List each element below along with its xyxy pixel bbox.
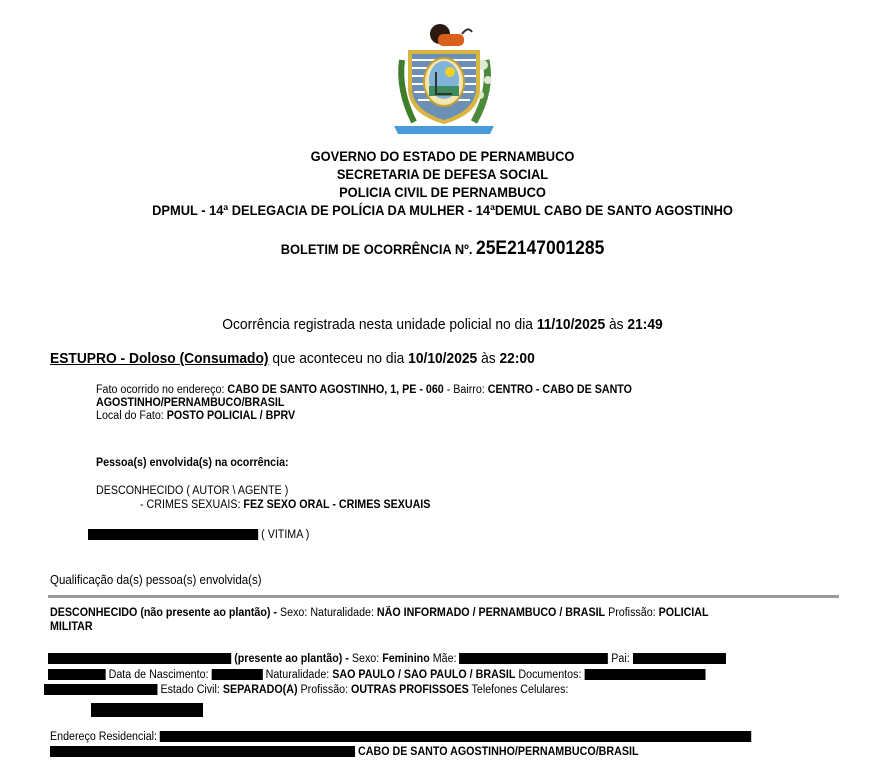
redacted-mother xyxy=(459,653,608,664)
fato-bairro: CENTRO xyxy=(488,384,533,396)
qual-vitima-endereco-line2: CABO DE SANTO AGOSTINHO/PERNAMBUCO/BRASI… xyxy=(50,746,638,759)
qual-vitima-mae-label: Mãe: xyxy=(433,653,457,665)
registro-date: 11/10/2025 xyxy=(537,316,605,333)
redacted-documents xyxy=(584,669,705,680)
qual-vitima-presence: (presente ao plantão) - xyxy=(234,653,349,665)
fato-local-line: Local do Fato: POSTO POLICIAL / BPRV xyxy=(96,410,295,423)
fato-local-label: Local do Fato: xyxy=(96,410,164,422)
registro-line: Ocorrência registrada nesta unidade poli… xyxy=(35,316,849,333)
header-government: GOVERNO DO ESTADO DE PERNAMBUCO xyxy=(35,147,849,165)
qual-vitima-pai-label: Pai: xyxy=(611,653,629,665)
pessoas-heading: Pessoa(s) envolvida(s) na ocorrência: xyxy=(96,457,289,470)
qual-autor-name: DESCONHECIDO (não presente ao plantão) - xyxy=(50,607,277,619)
redacted-field xyxy=(44,684,157,695)
qual-vitima-line2: Data de Nascimento: Naturalidade: SAO PA… xyxy=(48,669,705,682)
qual-vitima-line3: Estado Civil: SEPARADO(A) Profissão: OUT… xyxy=(44,684,568,697)
fato-cidade: CABO DE SANTO xyxy=(542,384,632,396)
pessoa-autor: DESCONHECIDO ( AUTOR \ AGENTE ) xyxy=(96,485,288,498)
crime-as: às xyxy=(481,350,496,367)
crime-line: ESTUPRO - Doloso (Consumado) que acontec… xyxy=(50,350,535,367)
registro-time: 21:49 xyxy=(627,316,662,333)
qual-vitima-civil-label: Estado Civil: xyxy=(160,684,219,696)
crime-time: 22:00 xyxy=(499,350,534,367)
pessoas-heading-text: Pessoa(s) envolvida(s) na ocorrência: xyxy=(96,457,289,469)
fato-local: POSTO POLICIAL / BPRV xyxy=(167,410,295,422)
qual-autor-prof-label: Profissão: xyxy=(608,607,656,619)
qual-vitima-prof-label: Profissão: xyxy=(301,684,349,696)
redacted-field xyxy=(48,669,106,680)
registro-text: Ocorrência registrada nesta unidade poli… xyxy=(222,316,533,333)
crime-text: que aconteceu no dia xyxy=(272,350,404,367)
fato-cidade-sep: - xyxy=(536,384,540,396)
qual-autor-line1: DESCONHECIDO (não presente ao plantão) -… xyxy=(50,607,709,620)
qual-autor-nat: NÃO INFORMADO / PERNAMBUCO / BRASIL xyxy=(377,607,605,619)
qual-autor-line2: MILITAR xyxy=(50,621,93,634)
crime-date: 10/10/2025 xyxy=(408,350,477,367)
redacted-name xyxy=(48,653,231,664)
registro-as: às xyxy=(609,316,624,333)
redacted-name xyxy=(88,529,258,540)
coat-of-arms-icon xyxy=(388,20,500,138)
fato-cidade-line: AGOSTINHO/PERNAMBUCO/BRASIL xyxy=(96,397,284,410)
qual-autor-sexo-label: Sexo: xyxy=(280,607,307,619)
header-policia: POLICIA CIVIL DE PERNAMBUCO xyxy=(35,183,849,201)
pessoa-vitima: ( VITIMA ) xyxy=(88,529,309,542)
redacted-birthdate xyxy=(211,669,262,680)
pessoa-autor-crime: - CRIMES SEXUAIS: FEZ SEXO ORAL - CRIMES… xyxy=(140,499,430,512)
fato-endereco-line: Fato ocorrido no endereço: CABO DE SANTO… xyxy=(96,384,632,397)
crime-value: FEZ SEXO ORAL - CRIMES SEXUAIS xyxy=(243,499,430,511)
qual-autor-prof-cont: MILITAR xyxy=(50,621,93,633)
qual-vitima-nat: SAO PAULO / SAO PAULO / BRASIL xyxy=(332,669,515,681)
fato-bairro-label: - Bairro: xyxy=(447,384,485,396)
fato-endereco-label: Fato ocorrido no endereço: xyxy=(96,384,224,396)
header-secretaria: SECRETARIA DE DEFESA SOCIAL xyxy=(35,165,849,183)
redacted-address xyxy=(160,731,751,742)
redacted-phone xyxy=(91,703,203,717)
qualificacao-heading: Qualificação da(s) pessoa(s) envolvida(s… xyxy=(50,573,262,587)
fato-endereco: CABO DE SANTO AGOSTINHO, 1, PE - 060 xyxy=(227,384,443,396)
qual-vitima-end-label: Endereço Residencial: xyxy=(50,731,157,743)
boletim-title: BOLETIM DE OCORRÊNCIA Nº. 25E2147001285 xyxy=(35,238,849,260)
boletim-label: BOLETIM DE OCORRÊNCIA Nº. xyxy=(281,241,473,257)
crime-title: ESTUPRO - Doloso (Consumado) xyxy=(50,350,269,367)
redacted-address xyxy=(50,746,355,757)
fato-cidade-cont: AGOSTINHO/PERNAMBUCO/BRASIL xyxy=(96,397,284,409)
qual-vitima-nasc-label: Data de Nascimento: xyxy=(109,669,209,681)
qual-vitima-line4 xyxy=(91,701,203,719)
qual-vitima-sexo-label: Sexo: xyxy=(352,653,379,665)
crime-label: - CRIMES SEXUAIS: xyxy=(140,499,240,511)
qual-vitima-nat-label: Naturalidade: xyxy=(266,669,330,681)
vitima-role: ( VITIMA ) xyxy=(261,529,309,541)
qual-autor-prof: POLICIAL xyxy=(659,607,709,619)
qual-vitima-tel-label: Telefones Celulares: xyxy=(472,684,569,696)
section-divider xyxy=(48,595,839,598)
qual-vitima-civil: SEPARADO(A) xyxy=(223,684,298,696)
qual-autor-nat-label: Naturalidade: xyxy=(310,607,374,619)
qual-vitima-end-city: CABO DE SANTO AGOSTINHO/PERNAMBUCO/BRASI… xyxy=(358,746,638,758)
qual-vitima-prof: OUTRAS PROFISSOES xyxy=(351,684,469,696)
header-delegacia: DPMUL - 14ª DELEGACIA DE POLÍCIA DA MULH… xyxy=(35,201,849,219)
qual-vitima-doc-label: Documentos: xyxy=(518,669,581,681)
qual-vitima-endereco-line1: Endereço Residencial: xyxy=(50,731,751,744)
qual-vitima-line1: (presente ao plantão) - Sexo: Feminino M… xyxy=(48,653,726,666)
boletim-number: 25E2147001285 xyxy=(476,238,604,259)
qual-vitima-sexo: Feminino xyxy=(382,653,430,665)
redacted-father xyxy=(633,653,726,664)
